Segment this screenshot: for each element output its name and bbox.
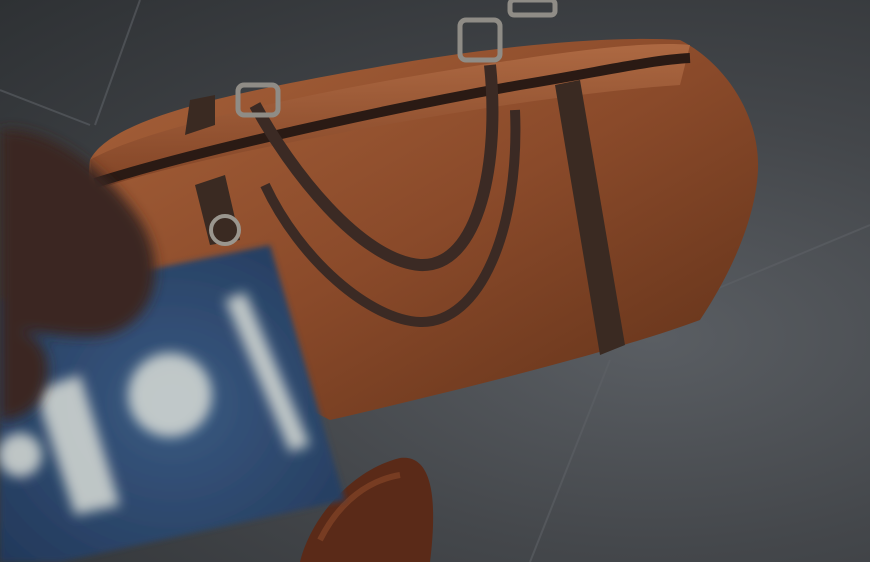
photo: [0, 0, 870, 562]
photo-illustration: [0, 0, 870, 562]
